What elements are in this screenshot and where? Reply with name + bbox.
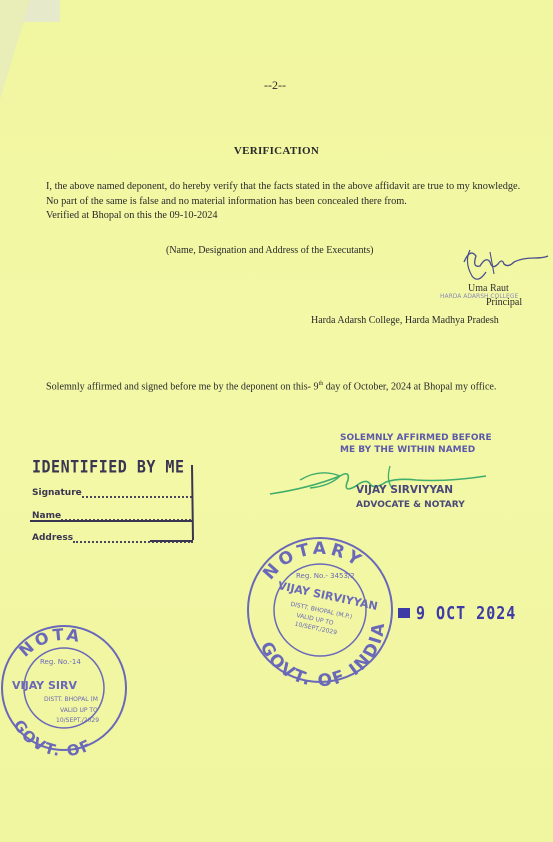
svg-text:NOTA: NOTA <box>15 625 84 661</box>
document-page: --2-- VERIFICATION I, the above named de… <box>0 0 553 842</box>
seal-left-reg: Reg. No.-14 <box>40 658 81 666</box>
seal-left-valid: VALID UP TO <box>60 707 98 714</box>
seal-right-reg: Reg. No.- 3453/2 <box>296 572 355 580</box>
date-stamp: 9 OCT 2024 <box>416 602 516 624</box>
seal-left-top-text: NOTA <box>15 625 84 661</box>
seal-left-district: DISTT. BHOPAL (M <box>44 696 98 703</box>
seal-left-valid-date: 10/SEPT./2029 <box>56 717 99 724</box>
notary-seal-right: NOTARY GOVT. OF INDIA Reg. No.- 3453/2 V… <box>0 0 553 842</box>
seal-left-name: VIJAY SIRV <box>12 679 77 692</box>
